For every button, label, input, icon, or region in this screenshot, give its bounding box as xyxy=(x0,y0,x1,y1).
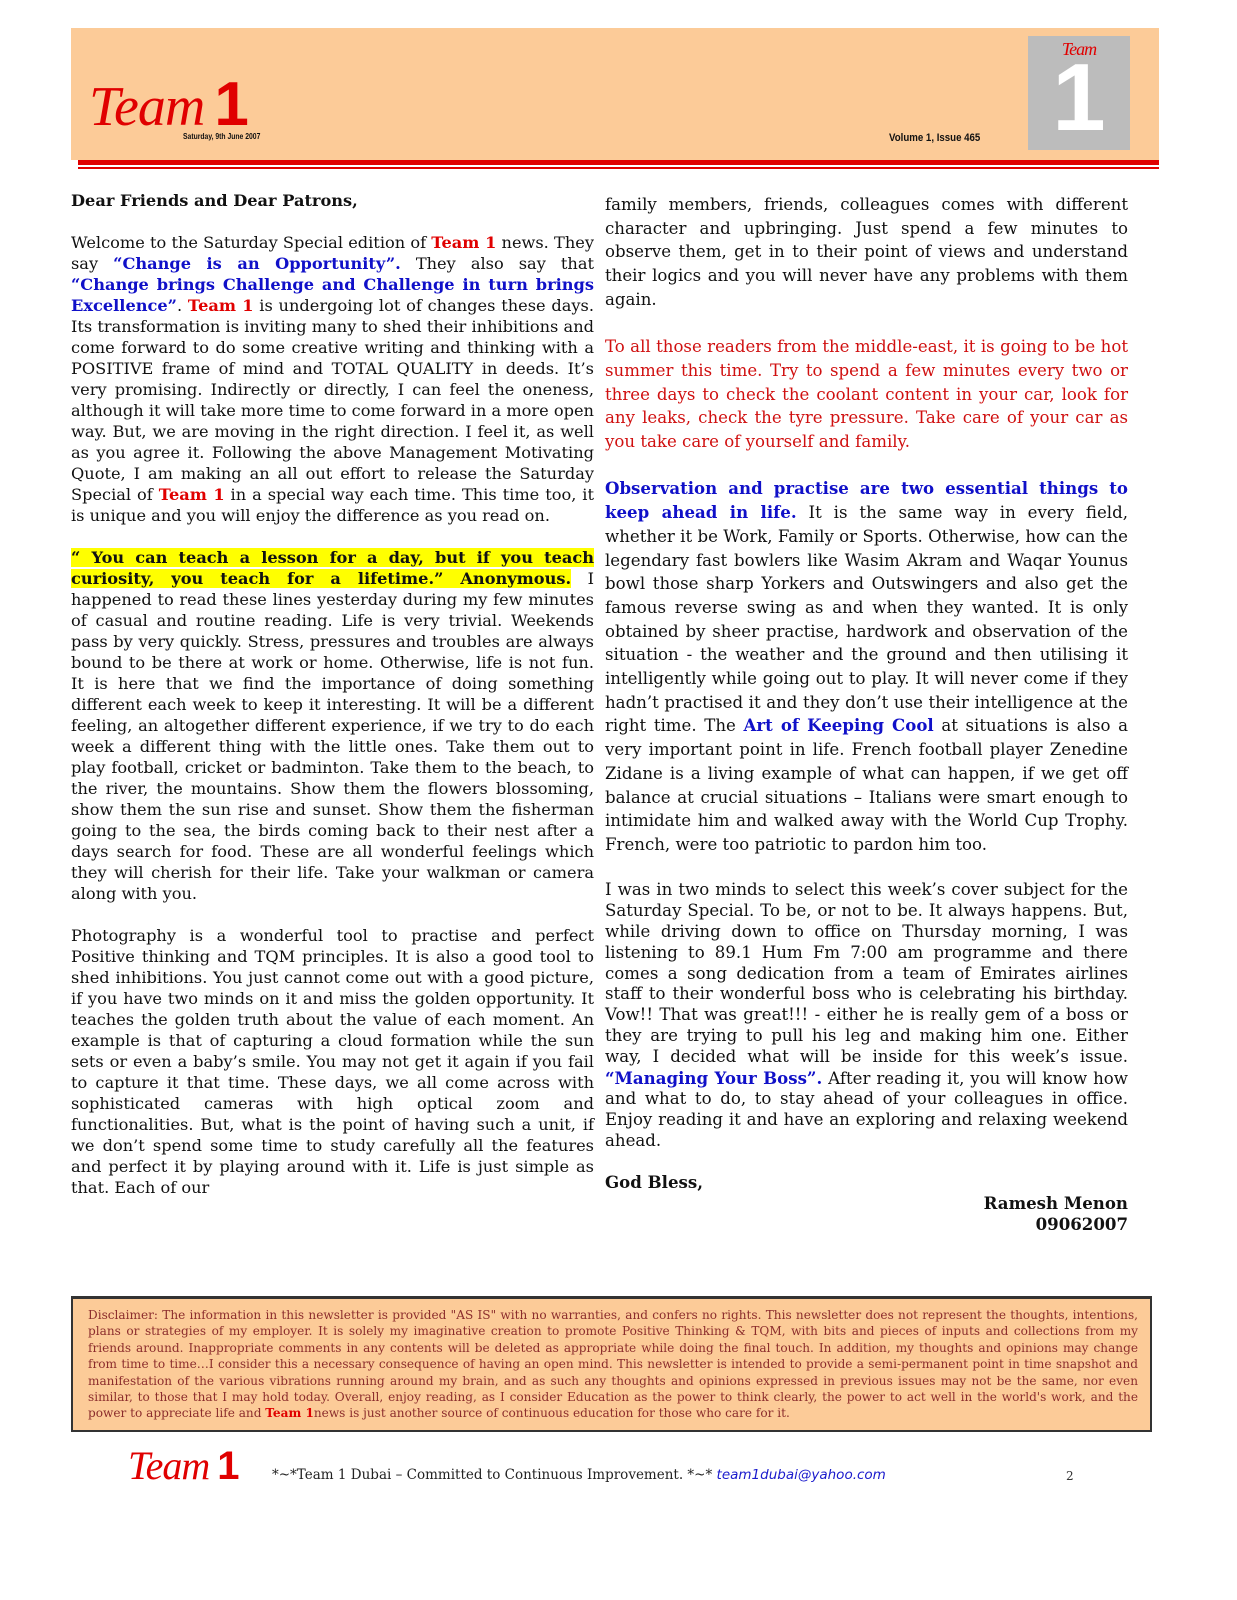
paragraph-car-care: To all those readers from the middle-eas… xyxy=(605,335,1128,454)
text: I was in two minds to select this week’s… xyxy=(605,880,1128,1065)
footer-tagline: *~*Team 1 Dubai – Committed to Continuou… xyxy=(272,1467,886,1483)
text: It is the same way in every field, wheth… xyxy=(605,503,1128,735)
footer-brand-logo: Team1 xyxy=(128,1446,238,1486)
paragraph-observation: Observation and practise are two essenti… xyxy=(605,477,1128,856)
disclaimer-text: news is just another source of continuou… xyxy=(314,1406,790,1420)
letter-column-left: Dear Friends and Dear Patrons, Welcome t… xyxy=(71,190,594,1219)
team1-logo-icon: Team 1 xyxy=(1028,36,1130,150)
paragraph-cover-subject: I was in two minds to select this week’s… xyxy=(605,880,1128,1151)
disclaimer-box: Disclaimer: The information in this news… xyxy=(71,1296,1152,1432)
paragraph-intro: Welcome to the Saturday Special edition … xyxy=(71,232,594,526)
paragraph-family: family members, friends, colleagues come… xyxy=(605,193,1128,312)
header-rule-thin xyxy=(78,167,1159,169)
tagline-text: *~*Team 1 Dubai – Committed to Continuou… xyxy=(272,1467,717,1483)
signoff: God Bless, xyxy=(605,1172,1128,1193)
team1-mention: Team 1 xyxy=(265,1406,314,1420)
paragraph-photography: Photography is a wonderful tool to pract… xyxy=(71,925,594,1198)
brand-number: 1 xyxy=(214,70,247,139)
brand-logo: Team1 xyxy=(89,74,248,136)
text: . xyxy=(177,296,188,315)
masthead-banner: Team1 Saturday, 9th June 2007 Volume 1, … xyxy=(71,28,1159,160)
quote-change-opportunity: “Change is an Opportunity”. xyxy=(113,254,401,273)
author-name: Ramesh Menon xyxy=(605,1193,1128,1214)
text: is undergoing lot of changes these days.… xyxy=(71,296,594,504)
issue-date: Saturday, 9th June 2007 xyxy=(183,132,260,141)
footer-brand-word: Team xyxy=(128,1443,209,1488)
footer-email-link[interactable]: team1dubai@yahoo.com xyxy=(717,1467,886,1483)
logo-number: 1 xyxy=(1028,50,1130,146)
disclaimer-text: Disclaimer: The information in this news… xyxy=(88,1308,1138,1420)
highlighted-quote: “ You can teach a lesson for a day, but … xyxy=(71,548,594,588)
salutation: Dear Friends and Dear Patrons, xyxy=(71,190,594,211)
text: at situations is also a very important p… xyxy=(605,716,1128,854)
page-number: 2 xyxy=(1066,1469,1074,1483)
brand-word: Team xyxy=(89,76,204,138)
art-of-keeping-cool: Art of Keeping Cool xyxy=(743,715,933,735)
text: Welcome to the Saturday Special edition … xyxy=(71,233,431,252)
footer-brand-number: 1 xyxy=(217,1444,238,1488)
team1-mention: Team 1 xyxy=(431,233,496,252)
header-rule-thick xyxy=(78,160,1159,165)
team1-mention: Team 1 xyxy=(159,485,225,504)
volume-issue: Volume 1, Issue 465 xyxy=(889,132,980,144)
text: They also say that xyxy=(401,254,594,273)
team1-mention: Team 1 xyxy=(188,296,254,315)
letter-reference: 09062007 xyxy=(605,1214,1128,1235)
paragraph-curiosity: “ You can teach a lesson for a day, but … xyxy=(71,547,594,904)
text: I happened to read these lines yesterday… xyxy=(71,569,594,903)
cover-subject-title: “Managing Your Boss”. xyxy=(605,1068,822,1088)
letter-column-right: family members, friends, colleagues come… xyxy=(605,193,1128,1235)
